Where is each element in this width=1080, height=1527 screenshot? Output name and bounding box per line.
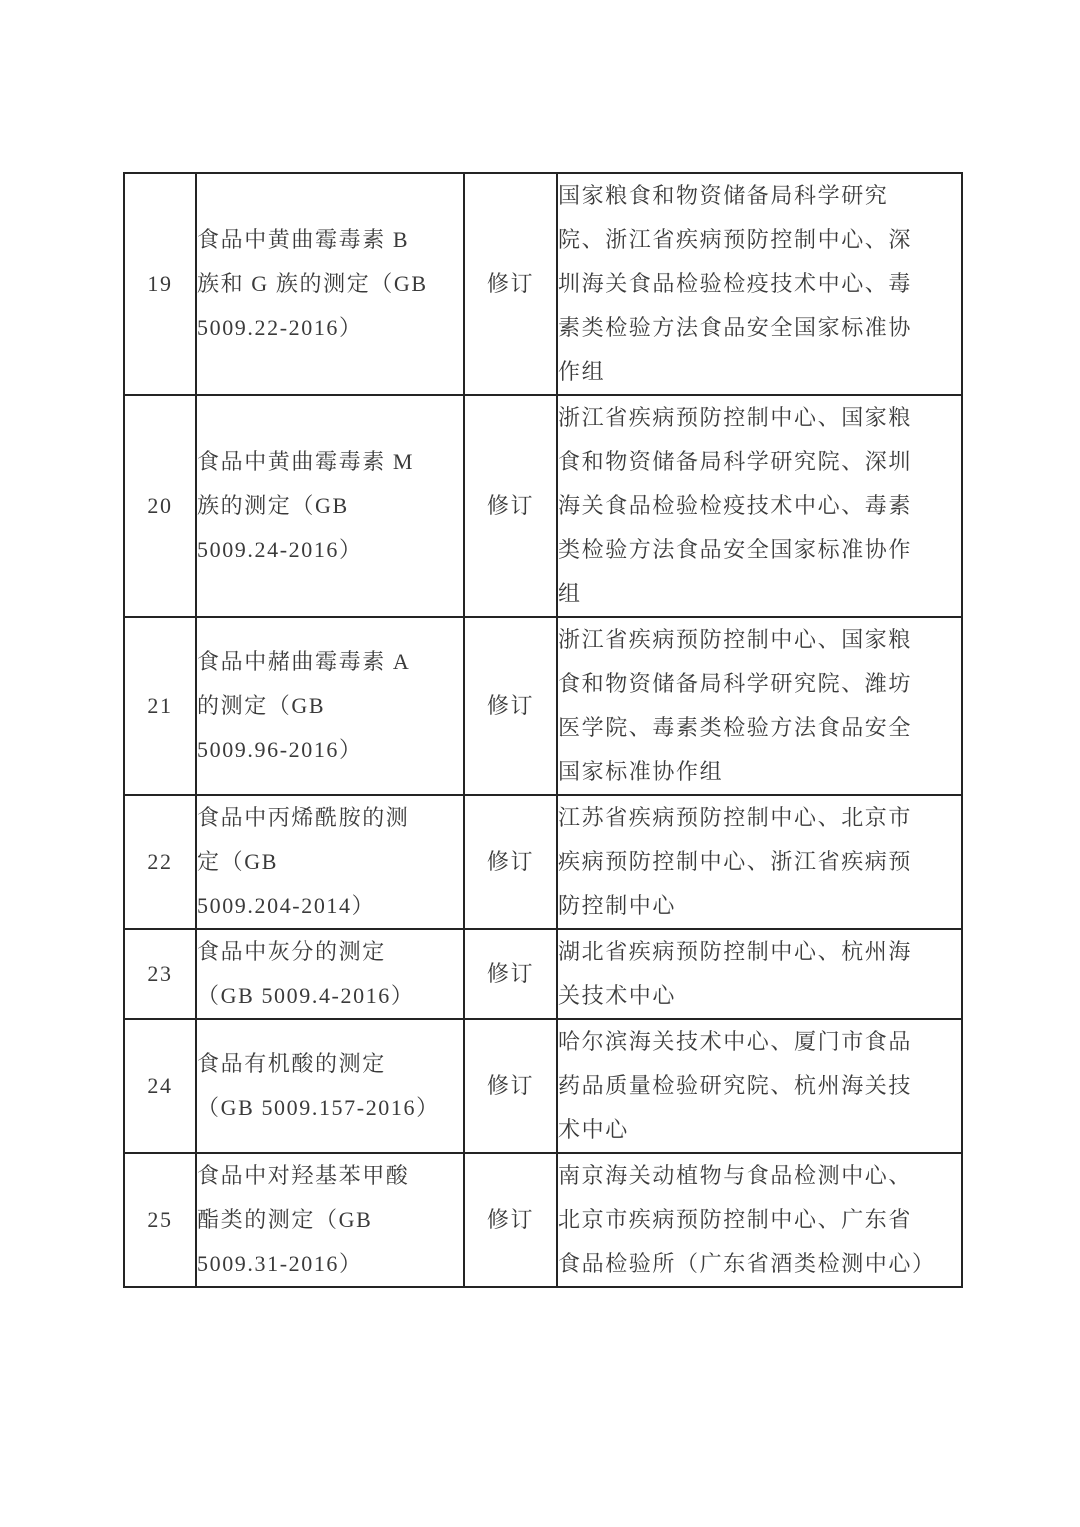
row-number-cell: 19 bbox=[124, 173, 196, 395]
revision-type-cell: 修订 bbox=[464, 1153, 557, 1287]
row-number-cell: 23 bbox=[124, 929, 196, 1019]
revision-type-cell: 修订 bbox=[464, 617, 557, 795]
revision-type-cell: 修订 bbox=[464, 929, 557, 1019]
drafting-orgs-cell: 江苏省疾病预防控制中心、北京市 疾病预防控制中心、浙江省疾病预 防控制中心 bbox=[557, 795, 962, 929]
row-number-cell: 25 bbox=[124, 1153, 196, 1287]
standards-table-body: 19 食品中黄曲霉毒素 B 族和 G 族的测定（GB 5009.22-2016）… bbox=[124, 173, 962, 1287]
drafting-orgs-cell: 湖北省疾病预防控制中心、杭州海 关技术中心 bbox=[557, 929, 962, 1019]
table-row: 22 食品中丙烯酰胺的测 定（GB 5009.204-2014） 修订 江苏省疾… bbox=[124, 795, 962, 929]
revision-type-cell: 修订 bbox=[464, 395, 557, 617]
table-row: 25 食品中对羟基苯甲酸 酯类的测定（GB 5009.31-2016） 修订 南… bbox=[124, 1153, 962, 1287]
row-number-cell: 24 bbox=[124, 1019, 196, 1153]
row-number-cell: 20 bbox=[124, 395, 196, 617]
drafting-orgs-cell: 浙江省疾病预防控制中心、国家粮 食和物资储备局科学研究院、深圳 海关食品检验检疫… bbox=[557, 395, 962, 617]
standard-name-cell: 食品中灰分的测定 （GB 5009.4-2016） bbox=[196, 929, 464, 1019]
table-row: 23 食品中灰分的测定 （GB 5009.4-2016） 修订 湖北省疾病预防控… bbox=[124, 929, 962, 1019]
table-row: 24 食品有机酸的测定 （GB 5009.157-2016） 修订 哈尔滨海关技… bbox=[124, 1019, 962, 1153]
standards-table: 19 食品中黄曲霉毒素 B 族和 G 族的测定（GB 5009.22-2016）… bbox=[123, 172, 963, 1288]
table-row: 19 食品中黄曲霉毒素 B 族和 G 族的测定（GB 5009.22-2016）… bbox=[124, 173, 962, 395]
standard-name-cell: 食品中对羟基苯甲酸 酯类的测定（GB 5009.31-2016） bbox=[196, 1153, 464, 1287]
table-row: 21 食品中赭曲霉毒素 A 的测定（GB 5009.96-2016） 修订 浙江… bbox=[124, 617, 962, 795]
drafting-orgs-cell: 南京海关动植物与食品检测中心、 北京市疾病预防控制中心、广东省 食品检验所（广东… bbox=[557, 1153, 962, 1287]
row-number-cell: 22 bbox=[124, 795, 196, 929]
document-page: 19 食品中黄曲霉毒素 B 族和 G 族的测定（GB 5009.22-2016）… bbox=[0, 0, 1080, 1527]
drafting-orgs-cell: 国家粮食和物资储备局科学研究 院、浙江省疾病预防控制中心、深 圳海关食品检验检疫… bbox=[557, 173, 962, 395]
revision-type-cell: 修订 bbox=[464, 1019, 557, 1153]
table-row: 20 食品中黄曲霉毒素 M 族的测定（GB 5009.24-2016） 修订 浙… bbox=[124, 395, 962, 617]
drafting-orgs-cell: 浙江省疾病预防控制中心、国家粮 食和物资储备局科学研究院、潍坊 医学院、毒素类检… bbox=[557, 617, 962, 795]
revision-type-cell: 修订 bbox=[464, 173, 557, 395]
revision-type-cell: 修订 bbox=[464, 795, 557, 929]
standard-name-cell: 食品有机酸的测定 （GB 5009.157-2016） bbox=[196, 1019, 464, 1153]
standard-name-cell: 食品中黄曲霉毒素 B 族和 G 族的测定（GB 5009.22-2016） bbox=[196, 173, 464, 395]
drafting-orgs-cell: 哈尔滨海关技术中心、厦门市食品 药品质量检验研究院、杭州海关技 术中心 bbox=[557, 1019, 962, 1153]
standard-name-cell: 食品中丙烯酰胺的测 定（GB 5009.204-2014） bbox=[196, 795, 464, 929]
row-number-cell: 21 bbox=[124, 617, 196, 795]
standard-name-cell: 食品中赭曲霉毒素 A 的测定（GB 5009.96-2016） bbox=[196, 617, 464, 795]
standard-name-cell: 食品中黄曲霉毒素 M 族的测定（GB 5009.24-2016） bbox=[196, 395, 464, 617]
